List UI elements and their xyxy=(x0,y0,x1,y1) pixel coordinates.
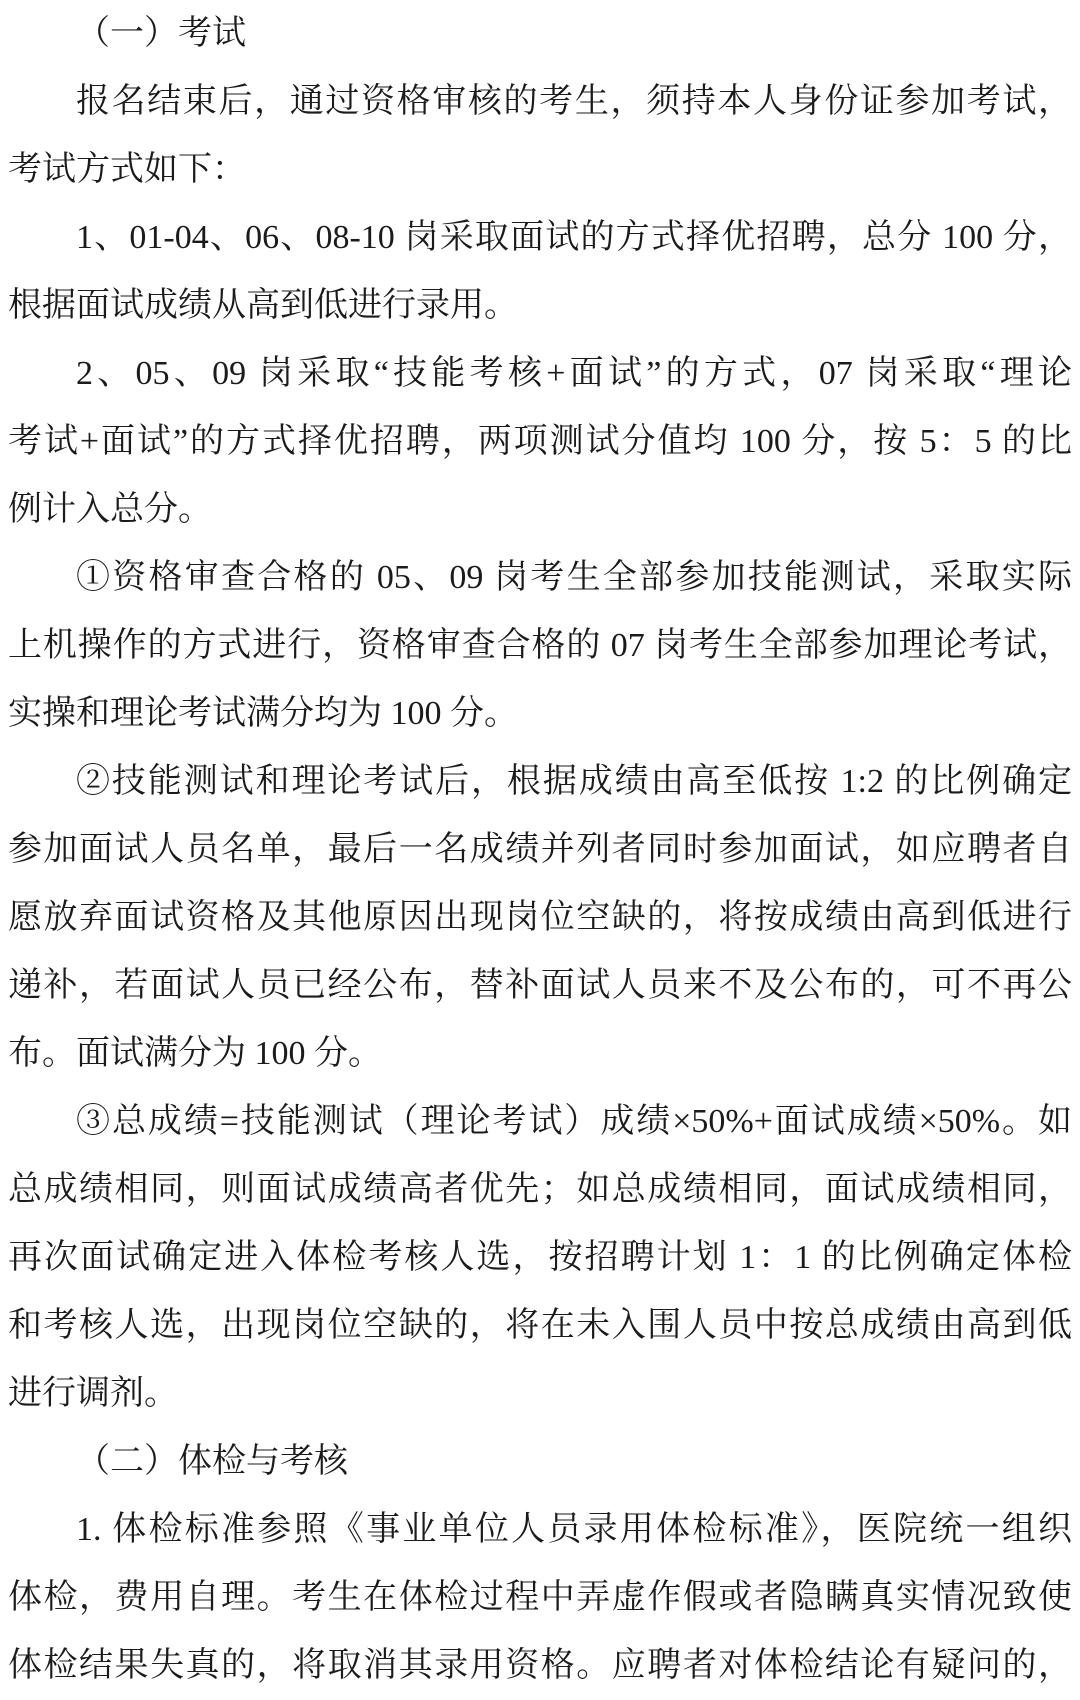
text-line: 进行调剂。 xyxy=(8,1360,1072,1428)
text-line: 愿放弃面试资格及其他原因出现岗位空缺的，将按成绩由高到低进行 xyxy=(8,884,1072,952)
text-line: 布。面试满分为 100 分。 xyxy=(8,1020,1072,1088)
section-heading-physical: （二）体检与考核 xyxy=(8,1428,1072,1496)
section-heading-exam: （一）考试 xyxy=(8,0,1072,68)
text-line: 参加面试人员名单，最后一名成绩并列者同时参加面试，如应聘者自 xyxy=(8,816,1072,884)
text-line: 实操和理论考试满分均为 100 分。 xyxy=(8,680,1072,748)
text-line: 体检，费用自理。考生在体检过程中弄虚作假或者隐瞒真实情况致使 xyxy=(8,1564,1072,1632)
text-line: 考试+面试”的方式择优招聘，两项测试分值均 100 分，按 5：5 的比 xyxy=(8,408,1072,476)
text-line: ①资格审查合格的 05、09 岗考生全部参加技能测试，采取实际 xyxy=(8,544,1072,612)
text-line: 再次面试确定进入体检考核人选，按招聘计划 1：1 的比例确定体检 xyxy=(8,1224,1072,1292)
document-page: （一）考试 报名结束后，通过资格审核的考生，须持本人身份证参加考试， 考试方式如… xyxy=(0,0,1080,1700)
text-line: 例计入总分。 xyxy=(8,476,1072,544)
text-line: 根据面试成绩从高到低进行录用。 xyxy=(8,272,1072,340)
text-line: 总成绩相同，则面试成绩高者优先；如总成绩相同，面试成绩相同， xyxy=(8,1156,1072,1224)
text-line: 上机操作的方式进行，资格审查合格的 07 岗考生全部参加理论考试， xyxy=(8,612,1072,680)
text-line: 和考核人选，出现岗位空缺的，将在未入围人员中按总成绩由高到低 xyxy=(8,1292,1072,1360)
text-line: 递补，若面试人员已经公布，替补面试人员来不及公布的，可不再公 xyxy=(8,952,1072,1020)
text-line: 1、01-04、06、08-10 岗采取面试的方式择优招聘，总分 100 分， xyxy=(8,204,1072,272)
text-line: ②技能测试和理论考试后，根据成绩由高至低按 1:2 的比例确定 xyxy=(8,748,1072,816)
text-line: 考试方式如下： xyxy=(8,136,1072,204)
text-line: ③总成绩=技能测试（理论考试）成绩×50%+面试成绩×50%。如 xyxy=(8,1088,1072,1156)
text-line: 1. 体检标准参照《事业单位人员录用体检标准》，医院统一组织 xyxy=(8,1496,1072,1564)
text-line: 报名结束后，通过资格审核的考生，须持本人身份证参加考试， xyxy=(8,68,1072,136)
text-line: 体检结果失真的，将取消其录用资格。应聘者对体检结论有疑问的， xyxy=(8,1632,1072,1700)
text-line: 2、05、09 岗采取“技能考核+面试”的方式，07 岗采取“理论 xyxy=(8,340,1072,408)
